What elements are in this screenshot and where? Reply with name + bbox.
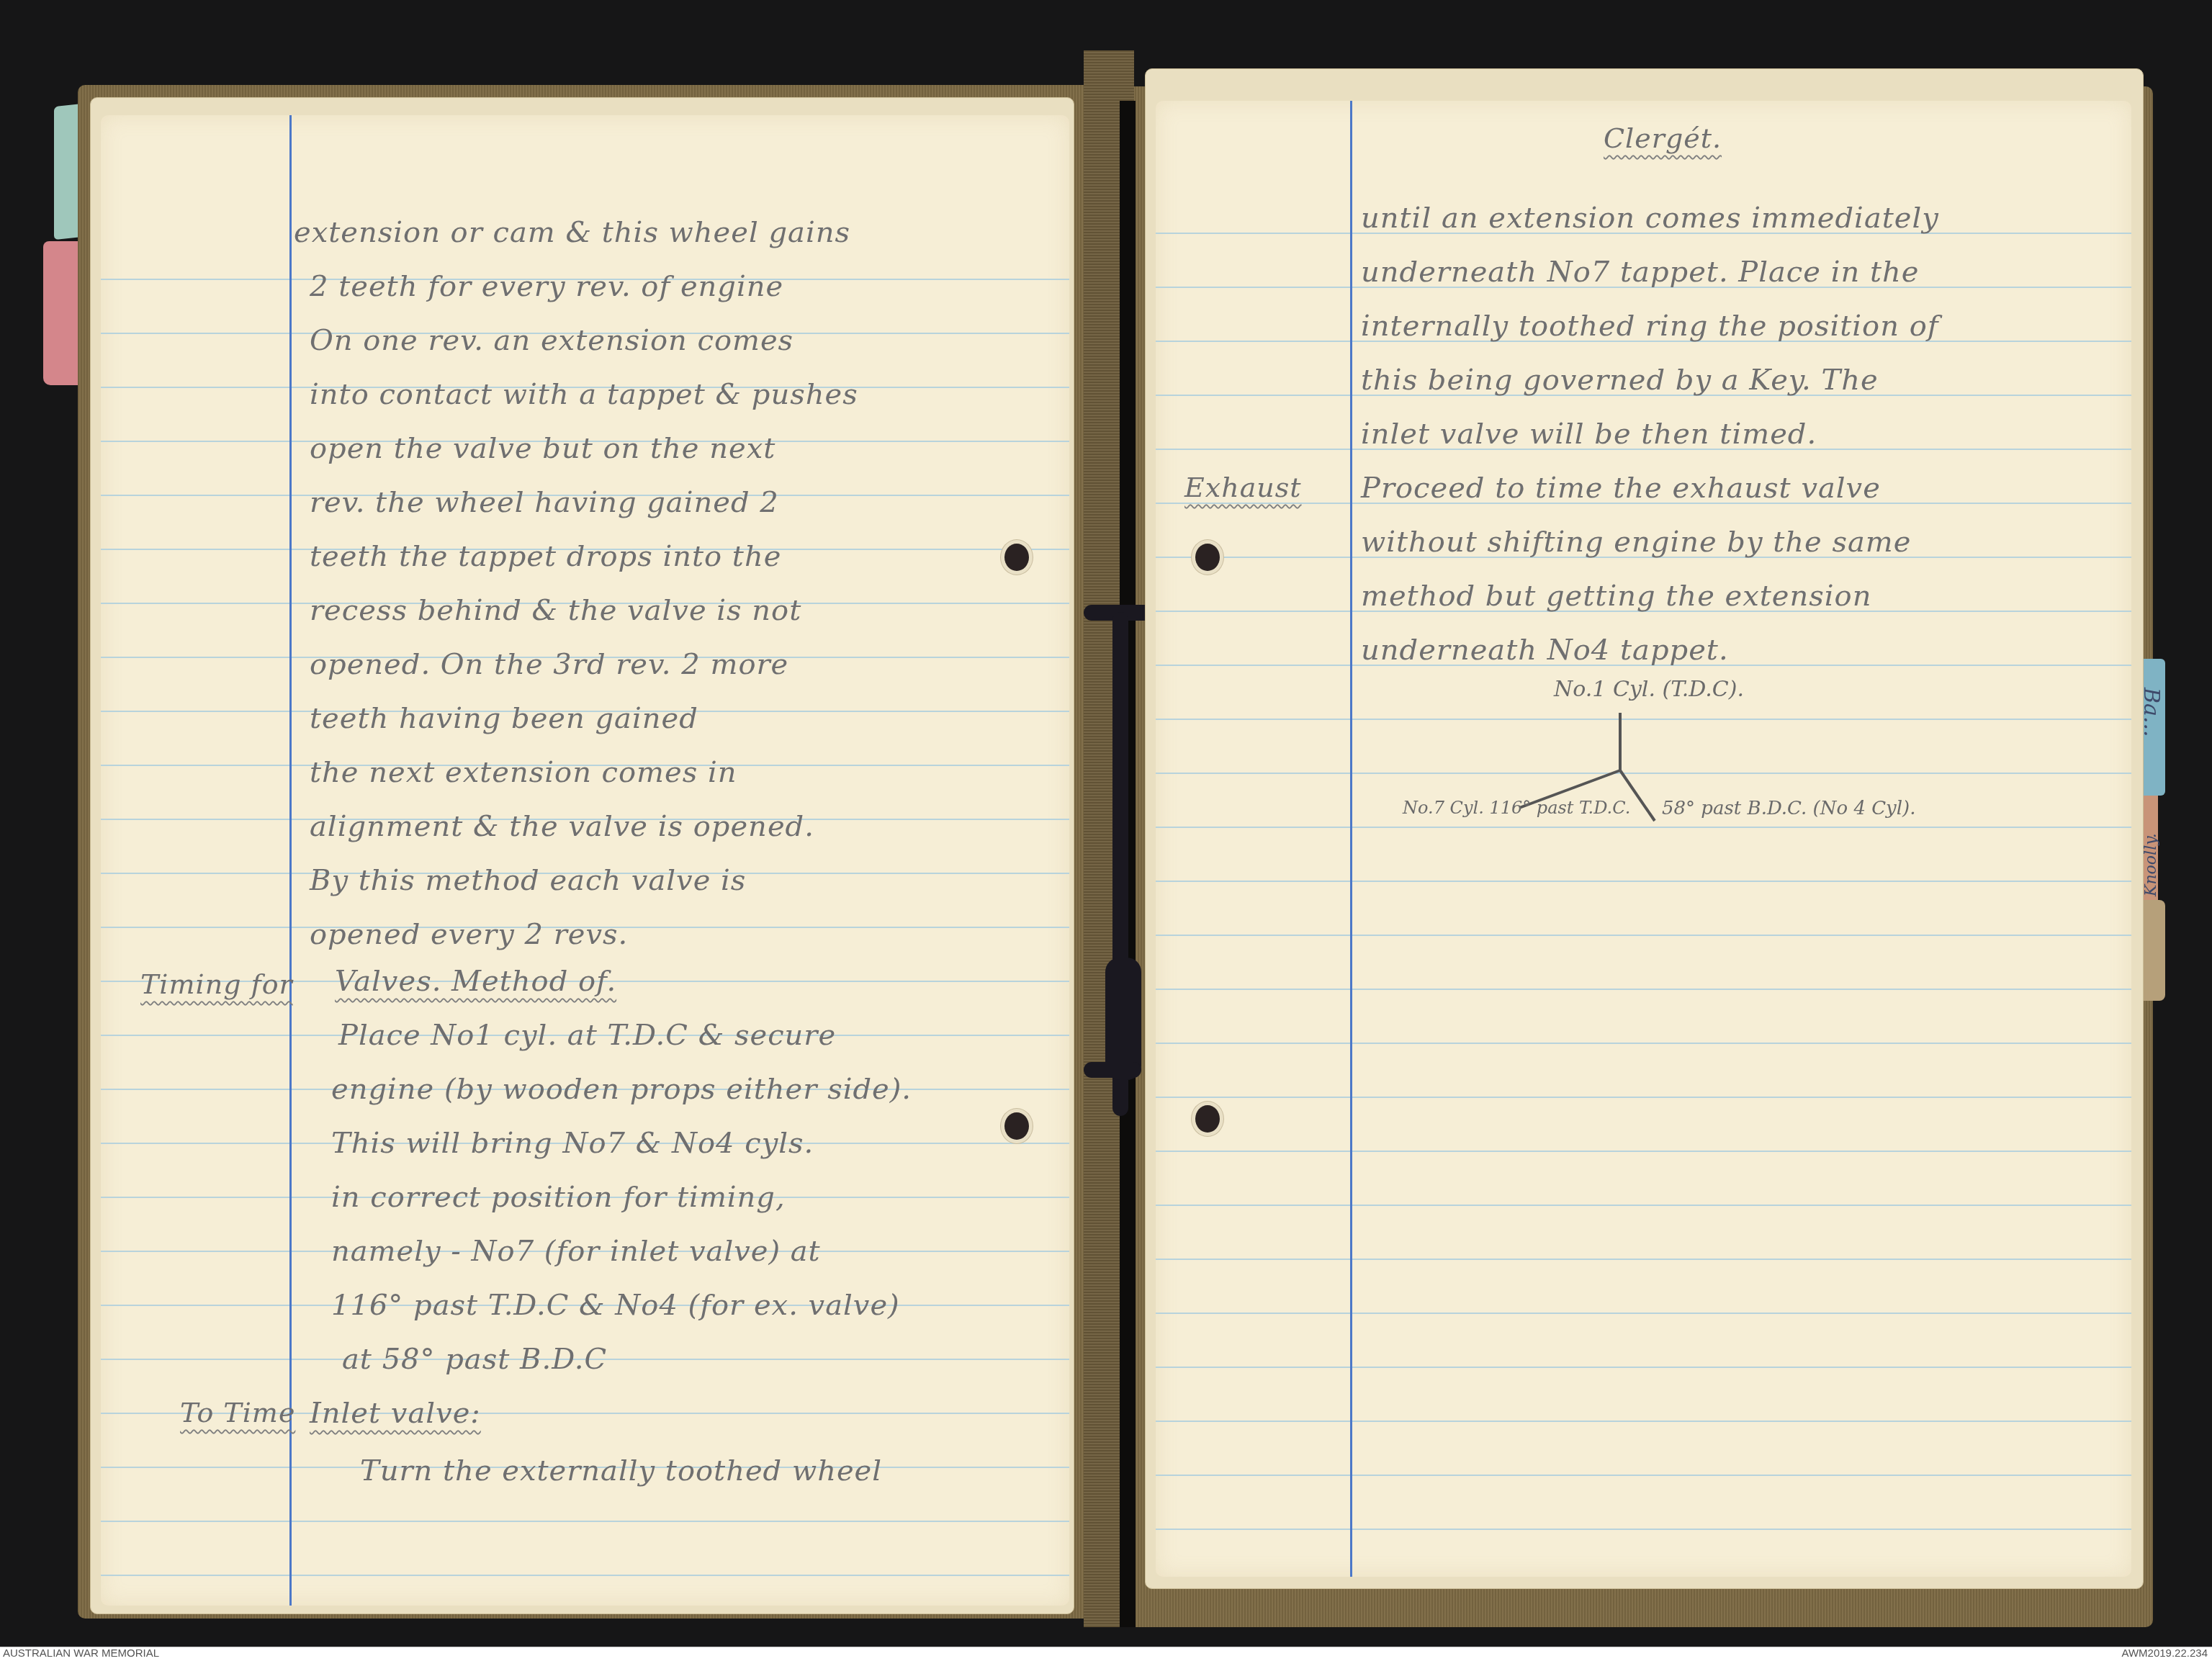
diagram-label-no4: 58° past B.D.C. (No 4 Cyl).: [1662, 798, 1916, 819]
text-line: 2 teeth for every rev. of engine: [310, 270, 783, 303]
diagram-label-no7: No.7 Cyl. 116° past T.D.C.: [1403, 798, 1630, 818]
page-title: Clergét.: [1604, 122, 1722, 154]
text-line: This will bring No7 & No4 cyls.: [331, 1127, 814, 1160]
margin-line: [1350, 101, 1352, 1577]
punch-hole: [1195, 1105, 1220, 1133]
punch-hole: [1004, 544, 1029, 571]
text-line: extension or cam & this wheel gains: [294, 216, 850, 249]
heading-valves-method: Valves. Method of.: [335, 965, 616, 998]
diagram-label-no1: No.1 Cyl. (T.D.C).: [1554, 677, 1744, 702]
accession-number: AWM2019.22.234: [2121, 1647, 2208, 1660]
text-line: internally toothed ring the position of: [1361, 310, 1939, 343]
heading-inlet-valve: Inlet valve:: [310, 1397, 481, 1430]
tab-torn-right: [2142, 900, 2165, 1001]
text-line: the next extension comes in: [310, 756, 737, 789]
binding-cord-bottom: [1084, 1062, 1141, 1078]
text-line: underneath No7 tappet. Place in the: [1361, 256, 1919, 289]
punch-hole: [1195, 544, 1220, 571]
text-line: rev. the wheel having gained 2: [310, 486, 779, 519]
text-line: teeth the tappet drops into the: [310, 540, 781, 573]
text-line: alignment & the valve is opened.: [310, 810, 814, 843]
text-line: into contact with a tappet & pushes: [310, 378, 858, 411]
margin-note-exhaust: Exhaust: [1184, 472, 1302, 503]
text-line: Turn the externally toothed wheel: [360, 1454, 882, 1487]
text-line: opened every 2 revs.: [310, 918, 628, 951]
text-line: Place No1 cyl. at T.D.C & secure: [338, 1019, 836, 1052]
text-line: By this method each valve is: [310, 864, 746, 897]
text-line: this being governed by a Key. The: [1361, 364, 1879, 397]
margin-heading-to-time: To Time: [180, 1397, 295, 1428]
text-line: On one rev. an extension comes: [310, 324, 793, 357]
text-line: 116° past T.D.C & No4 (for ex. valve): [331, 1289, 900, 1322]
text-line: engine (by wooden props either side).: [331, 1073, 912, 1106]
text-line: recess behind & the valve is not: [310, 594, 801, 627]
cylinder-timing-diagram: No.1 Cyl. (T.D.C). No.7 Cyl. 116° past T…: [1368, 648, 2016, 864]
margin-heading-timing: Timing for: [140, 968, 293, 1000]
tab-pink-right: Knoolly.: [2142, 796, 2158, 900]
text-line: in correct position for timing,: [331, 1181, 786, 1214]
text-line: at 58° past B.D.C: [342, 1343, 607, 1376]
caption-bar: AUSTRALIAN WAR MEMORIAL AWM2019.22.234: [0, 1647, 2212, 1661]
text-line: teeth having been gained: [310, 702, 698, 735]
punch-hole: [1004, 1112, 1029, 1140]
text-line: opened. On the 3rd rev. 2 more: [310, 648, 788, 681]
tab-pink-label: Knoolly.: [2142, 833, 2160, 896]
tab-blue-right: Ba...: [2142, 659, 2165, 796]
margin-line: [289, 115, 292, 1606]
text-line: inlet valve will be then timed.: [1361, 418, 1817, 451]
text-line: until an extension comes immediately: [1361, 202, 1939, 235]
text-line: Proceed to time the exhaust valve: [1361, 472, 1881, 505]
text-line: without shifting engine by the same: [1361, 526, 1911, 559]
institution-label: AUSTRALIAN WAR MEMORIAL: [3, 1647, 159, 1660]
text-line: namely - No7 (for inlet valve) at: [331, 1235, 821, 1268]
notebook-page-left: extension or cam & this wheel gains 2 te…: [101, 115, 1069, 1606]
text-line: open the valve but on the next: [310, 432, 775, 465]
text-line: method but getting the extension: [1361, 580, 1871, 613]
